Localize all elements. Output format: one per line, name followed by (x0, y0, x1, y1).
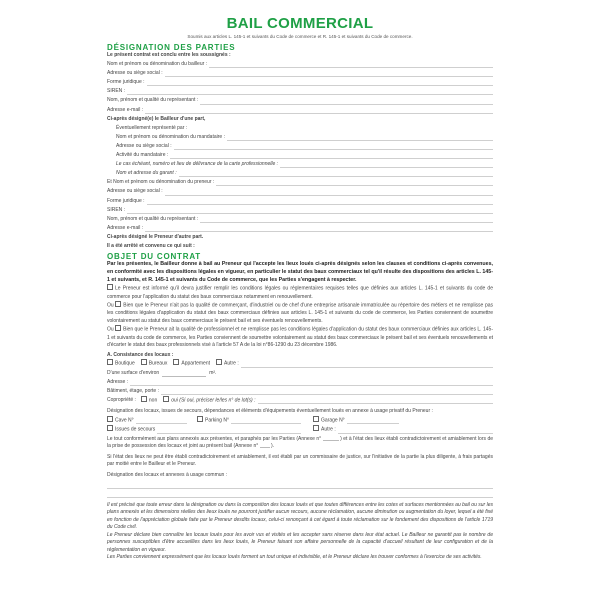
field-input-line[interactable] (145, 113, 493, 114)
etat-lieux-paragraph: Si l'état des lieux ne peut être établi … (107, 454, 493, 469)
form-field-row: Nom et prénom ou dénomination du bailleu… (107, 61, 493, 70)
option-2-checkbox[interactable] (115, 301, 121, 307)
parking-checkbox[interactable] (197, 416, 203, 422)
field-input-line[interactable] (147, 204, 493, 205)
form-field-row: Adresse ou siège social : (107, 70, 493, 79)
usage-commun-field-2[interactable] (107, 489, 493, 498)
field-input-line[interactable] (216, 185, 493, 186)
objet-option-2: Ou Bien que le Preneur n'ait pas la qual… (107, 301, 493, 325)
surface-field[interactable] (162, 376, 206, 377)
field-input-line[interactable] (227, 140, 493, 141)
usage-commun-field-1[interactable] (107, 480, 493, 489)
option-3-checkbox[interactable] (115, 325, 121, 331)
lease-form-page: BAIL COMMERCIAL Soumis aux articles L. 1… (107, 0, 493, 562)
bailleur-fields: Nom et prénom ou dénomination du bailleu… (107, 61, 493, 116)
erreur-clause: Il est précisé que toute erreur dans la … (107, 502, 493, 532)
annexe-autre-checkbox[interactable] (313, 425, 319, 431)
boutique-checkbox[interactable] (107, 359, 113, 365)
field-input-line[interactable] (170, 158, 493, 159)
agreed-statement: Il a été arrêté et convenu ce qui suit : (107, 243, 493, 252)
appartement-checkbox[interactable] (173, 359, 179, 365)
field-input-line[interactable] (200, 104, 493, 105)
bureaux-checkbox[interactable] (141, 359, 147, 365)
field-input-line[interactable] (280, 167, 493, 168)
lots-field[interactable] (258, 403, 493, 404)
field-input-line[interactable] (147, 85, 493, 86)
usage-commun-label: Désignation des locaux et annexes à usag… (107, 472, 493, 480)
connaissance-clause: Le Preneur déclare bien connaître les lo… (107, 532, 493, 555)
annexes-row-2: Issues de secours Autre : (107, 426, 493, 435)
form-field-row: Nom, prénom et qualité du représentant : (107, 216, 493, 225)
copropriete-row: Copropriété : non oui (Si oui, préciser … (107, 397, 493, 406)
plans-paragraph: Le tout conformément aux plans annexés a… (107, 436, 493, 451)
indivisible-clause: Les Parties conviennent expressément que… (107, 554, 493, 562)
field-input-line[interactable] (209, 67, 493, 68)
option-1-checkbox[interactable] (107, 284, 113, 290)
cave-checkbox[interactable] (107, 416, 113, 422)
field-input-line[interactable] (127, 94, 493, 95)
autre-field[interactable] (241, 367, 493, 368)
form-field-row: Adresse ou siège social : (107, 188, 493, 197)
adresse-row: Adresse : (107, 379, 493, 388)
annexe-autre-field[interactable] (338, 433, 493, 434)
field-input-line[interactable] (165, 76, 493, 77)
objet-option-3: Ou Bien que le Preneur ait la qualité de… (107, 325, 493, 349)
document-subtitle: Soumis aux articles L. 145-1 et suivants… (107, 34, 493, 40)
form-field-row: Nom, prénom et qualité du représentant : (107, 97, 493, 106)
mandataire-fields: Nom et prénom ou dénomination du mandata… (107, 134, 493, 179)
surface-row: D'une surface d'environ m². (107, 370, 493, 379)
field-input-line[interactable] (179, 176, 493, 177)
preneur-fields: Et Nom et prénom ou dénomination du pren… (107, 179, 493, 234)
annexe-plans-number-field[interactable] (323, 440, 339, 441)
garage-checkbox[interactable] (313, 416, 319, 422)
document-title: BAIL COMMERCIAL (107, 16, 493, 32)
field-input-line[interactable] (174, 149, 493, 150)
field-input-line[interactable] (145, 231, 493, 232)
field-input-line[interactable] (127, 213, 493, 214)
field-input-line[interactable] (200, 222, 493, 223)
adresse-field[interactable] (130, 385, 493, 386)
field-input-line[interactable] (165, 195, 493, 196)
issues-secours-field[interactable] (157, 433, 301, 434)
form-field-row: Forme juridique : (107, 79, 493, 88)
form-field-row: Forme juridique : (107, 198, 493, 207)
autre-checkbox[interactable] (216, 359, 222, 365)
objet-intro: Par les présentes, le Bailleur donne à b… (107, 261, 493, 284)
issues-secours-checkbox[interactable] (107, 425, 113, 431)
form-field-row: Et Nom et prénom ou dénomination du pren… (107, 179, 493, 188)
annexe-etat-lieux-number-field[interactable] (260, 447, 270, 448)
local-type-row: Boutique Bureaux Appartement Autre : (107, 361, 493, 370)
objet-option-1: Le Preneur est informé qu'il devra justi… (107, 284, 493, 301)
copro-non-checkbox[interactable] (141, 396, 147, 402)
copro-oui-checkbox[interactable] (163, 396, 169, 402)
section-heading-objet: OBJET DU CONTRAT (107, 252, 493, 261)
